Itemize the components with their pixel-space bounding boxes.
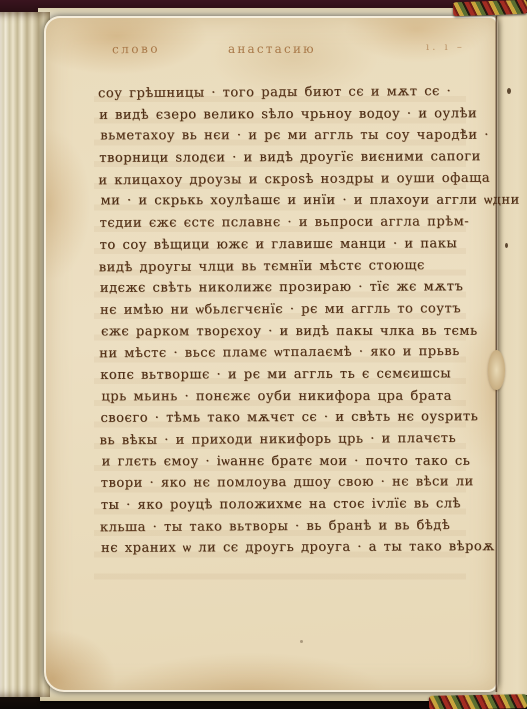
endband-top (453, 0, 527, 16)
ink-speck (300, 640, 303, 643)
manuscript-line: копє вьтворшє · и рє ми аггль ть є сємєи… (100, 363, 478, 386)
header-title-center: анастасию (228, 42, 316, 56)
manuscript-line: вьметахоу вь нєи · и рє ми аггль ты соу … (100, 125, 478, 147)
manuscript-line: то соу вѣщици южє и главишє манци · и па… (100, 233, 478, 256)
manuscript-page: слово анастасию ı. ı – соу грѣшницы · то… (44, 16, 498, 692)
manuscript-line: вь вѣкы · и приходи никифорь црь · и пла… (99, 428, 477, 452)
manuscript-line: творници ѕлодєи · и видѣ дроугїє виєними… (99, 146, 477, 169)
header-faint-marks: ı. ı – (426, 42, 465, 53)
page-header: слово анастасию ı. ı – (44, 42, 498, 64)
endband-bottom (429, 694, 527, 709)
manuscript-line: нє храних ѡ ли сє дроугь дроуга · а ты т… (101, 537, 479, 560)
manuscript-line: твори · яко нє помлоува дшоу свою · нє в… (101, 472, 479, 495)
ink-speck (507, 88, 511, 94)
manuscript-line: и глєть ємоу · іѡаннє братє мои · почто … (102, 450, 480, 472)
ink-speck (463, 130, 466, 133)
manuscript-line: своєго · тѣмь тако мѫчєт сє · и свѣть нє… (100, 406, 478, 429)
text-block: соу грѣшницы · того рады биют сє и мѫт с… (99, 81, 479, 560)
manuscript-line: соу грѣшницы · того рады биют сє и мѫт с… (98, 81, 476, 105)
header-title-left: слово (112, 42, 160, 57)
ink-speck (505, 243, 508, 248)
gutter-page-stack (0, 12, 50, 697)
manuscript-line: и клицахоу дроузы и скроѕѣ ноздры и оуши… (98, 168, 476, 192)
manuscript-line: ми · и скрькь хоулѣашє и инїи · и плахоу… (100, 190, 478, 212)
manuscript-line: кльша · ты тако вьтворы · вь бранѣ и вь … (100, 515, 478, 539)
manuscript-line: тєдии єжє єстє пславнє · и вьпроси аггла… (100, 211, 478, 234)
manuscript-line: нє имѣю ни ѡбьлєгчєнїє · рє ми аггль то … (100, 298, 478, 321)
manuscript-line: єжє рарком творєхоу · и видѣ пакы члка в… (101, 320, 479, 342)
manuscript-line: видѣ дроугы члци вь тємнїи мѣстє стоющє (99, 254, 477, 278)
wax-drop (488, 350, 505, 390)
manuscript-line: ни мѣстє · вьсє пламє ѡтпалаємѣ · яко и … (99, 341, 477, 365)
manuscript-line: и видѣ єзеро велико ѕѣло чрьноу водоу · … (99, 103, 477, 126)
manuscript-line: црь мьинь · понєжє оуби никифора цра бра… (101, 385, 479, 407)
manuscript-line: ты · яко роуцѣ положихмє на стоє іѵлїє в… (101, 493, 479, 516)
manuscript-photo: слово анастасию ı. ı – соу грѣшницы · то… (0, 0, 527, 709)
manuscript-line: идєжє свѣть николижє прозираю · тїє жє м… (100, 276, 478, 299)
